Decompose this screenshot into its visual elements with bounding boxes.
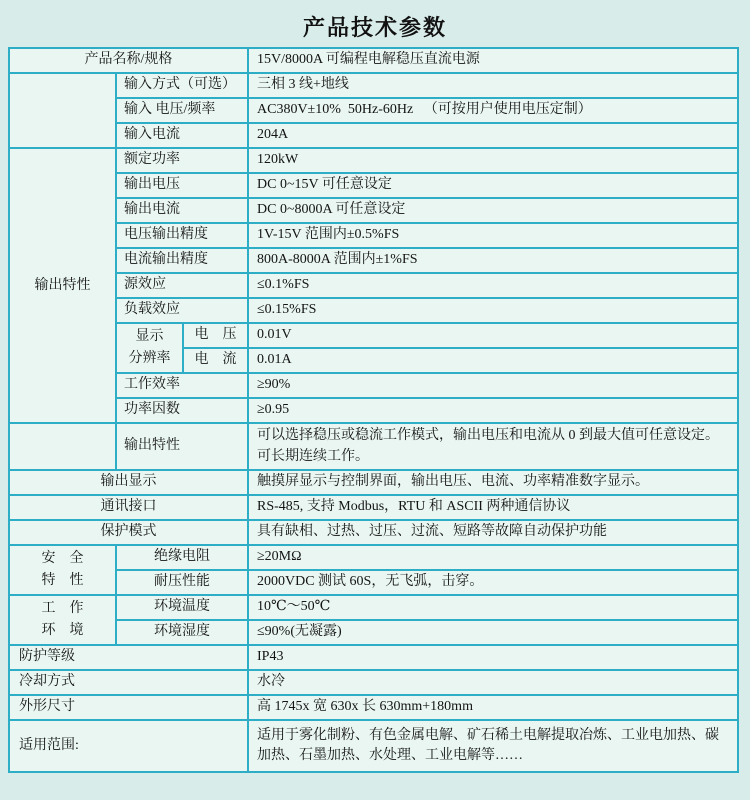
ambient-humidity-label: 环境湿度 — [117, 621, 247, 644]
input-current-label: 输入电流 — [117, 124, 247, 147]
output-current-label: 输出电流 — [117, 199, 247, 222]
output-current-value: DC 0~8000A 可任意设定 — [249, 199, 737, 222]
input-mode-value: 三相 3 线+地线 — [249, 74, 737, 97]
output-characteristics-value: 可以选择稳压或稳流工作模式，输出电压和电流从 0 到最大值可任意设定。可长期连续… — [249, 424, 737, 469]
protection-mode-label: 保护模式 — [10, 521, 247, 544]
product-name-value: 15V/8000A 可编程电解稳压直流电源 — [249, 49, 737, 72]
power-factor-label: 功率因数 — [117, 399, 247, 422]
output-characteristics-label: 输出特性 — [117, 424, 247, 469]
withstand-voltage-label: 耐压性能 — [117, 571, 247, 594]
protection-grade-value: IP43 — [249, 646, 737, 669]
page-background: 产品技术参数 产品名称/规格 15V/8000A 可编程电解稳压直流电源 输入方… — [0, 0, 750, 800]
insulation-resistance-label: 绝缘电阻 — [117, 546, 247, 569]
application-scope-label: 适用范围: — [10, 721, 247, 771]
input-section-empty-cell — [10, 74, 115, 147]
ambient-temperature-value: 10℃～50℃ — [249, 596, 737, 619]
protection-grade-label: 防护等级 — [10, 646, 247, 669]
voltage-output-accuracy-label: 电压输出精度 — [117, 224, 247, 247]
input-voltage-freq-value: AC380V±10% 50Hz-60Hz （可按用户使用电压定制） — [249, 99, 737, 122]
comm-interface-value: RS-485, 支持 Modbus，RTU 和 ASCII 两种通信协议 — [249, 496, 737, 519]
source-effect-label: 源效应 — [117, 274, 247, 297]
resolution-current-value: 0.01A — [249, 349, 737, 372]
safety-section-label: 安 全 特 性 — [10, 546, 115, 594]
comm-interface-label: 通讯接口 — [10, 496, 247, 519]
output-display-value: 触摸屏显示与控制界面，输出电压、电流、功率精准数字显示。 — [249, 471, 737, 494]
voltage-output-accuracy-value: 1V-15V 范围内±0.5%FS — [249, 224, 737, 247]
insulation-resistance-value: ≥20MΩ — [249, 546, 737, 569]
cooling-method-label: 冷却方式 — [10, 671, 247, 694]
resolution-voltage-value: 0.01V — [249, 324, 737, 347]
output-characteristics-empty-cell — [10, 424, 115, 469]
output-features-section-label: 输出特性 — [10, 149, 115, 422]
resolution-voltage-label: 电 压 — [184, 324, 247, 347]
spec-table: 产品名称/规格 15V/8000A 可编程电解稳压直流电源 输入方式（可选） 三… — [8, 47, 739, 773]
rated-power-label: 额定功率 — [117, 149, 247, 172]
input-current-value: 204A — [249, 124, 737, 147]
resolution-current-label: 电 流 — [184, 349, 247, 372]
page-title: 产品技术参数 — [0, 11, 750, 42]
withstand-voltage-value: 2000VDC 测试 60S，无飞弧，击穿。 — [249, 571, 737, 594]
load-effect-label: 负载效应 — [117, 299, 247, 322]
rated-power-value: 120kW — [249, 149, 737, 172]
power-factor-value: ≥0.95 — [249, 399, 737, 422]
dimensions-value: 高 1745x 宽 630x 长 630mm+180mm — [249, 696, 737, 719]
ambient-humidity-value: ≤90%(无凝露) — [249, 621, 737, 644]
input-voltage-freq-label: 输入 电压/频率 — [117, 99, 247, 122]
output-voltage-value: DC 0~15V 可任意设定 — [249, 174, 737, 197]
work-efficiency-label: 工作效率 — [117, 374, 247, 397]
dimensions-label: 外形尺寸 — [10, 696, 247, 719]
current-output-accuracy-label: 电流输出精度 — [117, 249, 247, 272]
ambient-temperature-label: 环境温度 — [117, 596, 247, 619]
application-scope-value: 适用于雾化制粉、有色金属电解、矿石稀土电解提取冶炼、工业电加热、碳加热、石墨加热… — [249, 721, 737, 771]
display-resolution-section-label: 显示 分辨率 — [117, 324, 182, 372]
current-output-accuracy-value: 800A-8000A 范围内±1%FS — [249, 249, 737, 272]
working-env-section-label: 工 作 环 境 — [10, 596, 115, 644]
output-display-label: 输出显示 — [10, 471, 247, 494]
product-name-label: 产品名称/规格 — [10, 49, 247, 72]
protection-mode-value: 具有缺相、过热、过压、过流、短路等故障自动保护功能 — [249, 521, 737, 544]
source-effect-value: ≤0.1%FS — [249, 274, 737, 297]
work-efficiency-value: ≥90% — [249, 374, 737, 397]
output-voltage-label: 输出电压 — [117, 174, 247, 197]
cooling-method-value: 水冷 — [249, 671, 737, 694]
load-effect-value: ≤0.15%FS — [249, 299, 737, 322]
input-mode-label: 输入方式（可选） — [117, 74, 247, 97]
